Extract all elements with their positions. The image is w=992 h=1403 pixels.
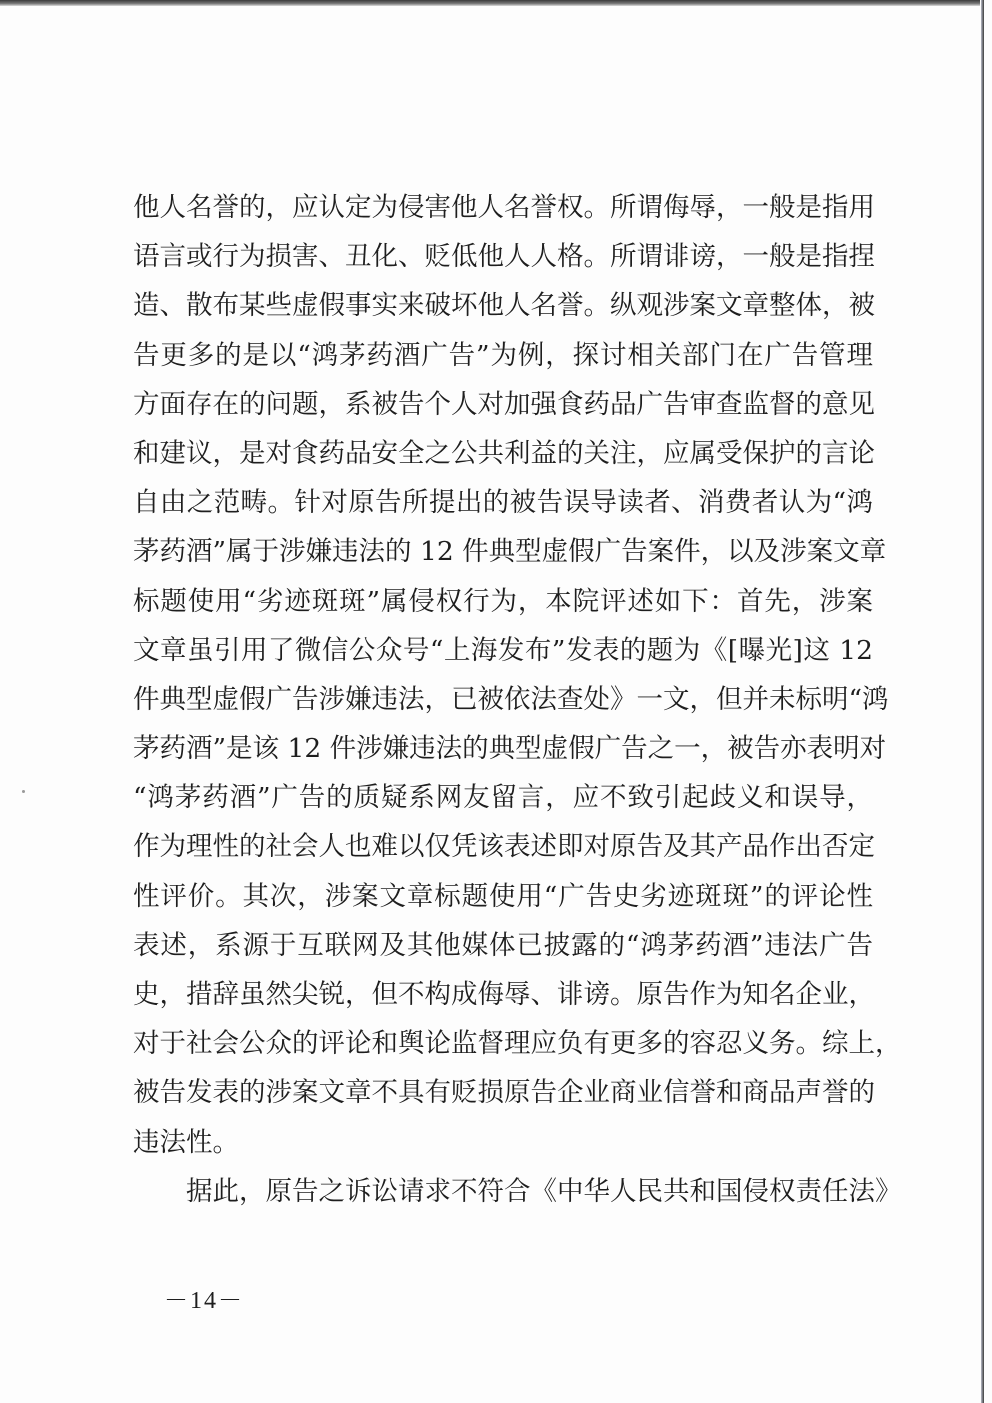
text-line: 造、散布某些虚假事实来破坏他人名誉。纵观涉案文章整体，被 [133,281,873,330]
document-body: 他人名誉的，应认定为侵害他人名誉权。所谓侮辱，一般是指用 语言或行为损害、丑化、… [133,183,873,1216]
text-line: 方面存在的问题，系被告个人对加强食药品广告审查监督的意见 [133,380,873,429]
text-line: 和建议，是对食药品安全之公共利益的关注，应属受保护的言论 [133,429,873,478]
text-line: 表述，系源于互联网及其他媒体已披露的“鸿茅药酒”违法广告 [133,921,873,970]
scan-right-edge [981,0,984,1403]
scan-speck [22,790,25,793]
text-line: 文章虽引用了微信公众号“上海发布”发表的题为《[曝光]这 12 [133,626,873,675]
text-line: 件典型虚假广告涉嫌违法，已被依法查处》一文，但并未标明“鸿 [133,675,873,724]
text-line: 对于社会公众的评论和舆论监督理应负有更多的容忍义务。综上， [133,1019,873,1068]
text-line: 茅药酒”属于涉嫌违法的 12 件典型虚假广告案件，以及涉案文章 [133,527,873,576]
text-line: “鸿茅药酒”广告的质疑系网友留言，应不致引起歧义和误导， [133,773,873,822]
text-line: 茅药酒”是该 12 件涉嫌违法的典型虚假广告之一，被告亦表明对 [133,724,873,773]
text-line: 性评价。其次，涉案文章标题使用“广告史劣迹斑斑”的评论性 [133,872,873,921]
scan-top-edge [0,0,980,6]
paragraph-start-line: 据此，原告之诉讼请求不符合《中华人民共和国侵权责任法》 [133,1167,873,1216]
text-line: 自由之范畴。针对原告所提出的被告误导读者、消费者认为“鸿 [133,478,873,527]
text-line: 他人名誉的，应认定为侵害他人名誉权。所谓侮辱，一般是指用 [133,183,873,232]
page-number: －14－ [164,1280,244,1315]
text-line: 标题使用“劣迹斑斑”属侵权行为，本院评述如下：首先，涉案 [133,577,873,626]
text-line: 语言或行为损害、丑化、贬低他人人格。所谓诽谤，一般是指捏 [133,232,873,281]
text-line: 告更多的是以“鸿茅药酒广告”为例，探讨相关部门在广告管理 [133,331,873,380]
text-line: 作为理性的社会人也难以仅凭该表述即对原告及其产品作出否定 [133,822,873,871]
text-line: 被告发表的涉案文章不具有贬损原告企业商业信誉和商品声誉的 [133,1068,873,1117]
paragraph-end-line: 违法性。 [133,1118,873,1167]
text-line: 史，措辞虽然尖锐，但不构成侮辱、诽谤。原告作为知名企业， [133,970,873,1019]
